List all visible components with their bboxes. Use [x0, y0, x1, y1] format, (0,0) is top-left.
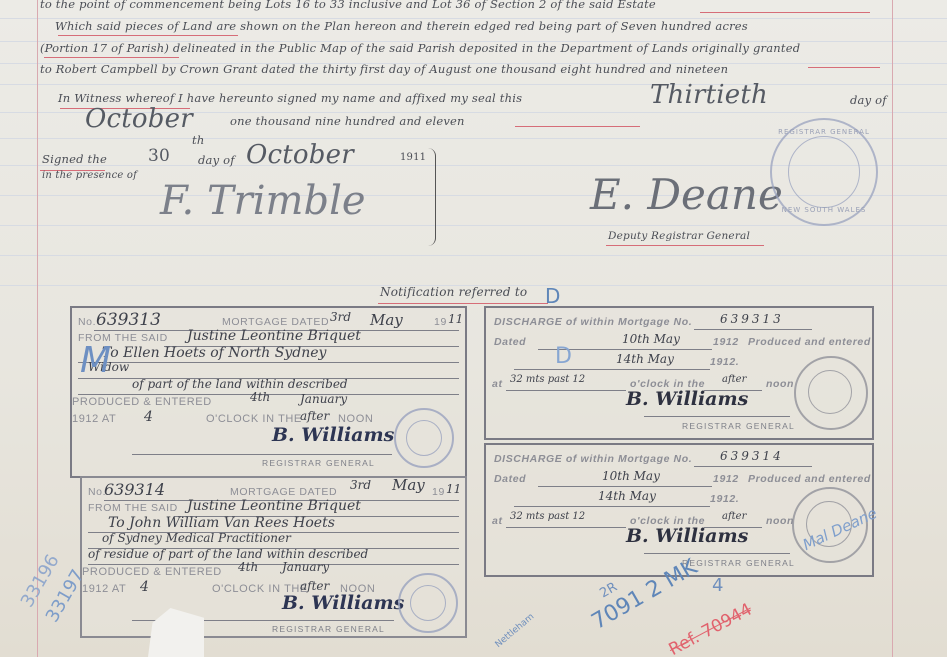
discharge-dated-label: Dated [494, 336, 526, 348]
body-line-2: Which said pieces of Land are shown on t… [55, 19, 748, 33]
entered-hour: 4 [144, 409, 153, 425]
mortgage-from-label: FROM THE SAID [88, 502, 178, 514]
blue-pencil-mark: D [545, 284, 560, 308]
witness-year: one thousand nine hundred and eleven [230, 114, 465, 128]
blue-pencil-note: 4 [712, 575, 723, 596]
mortgage-year: 11 [446, 482, 461, 496]
seal-bottom-text: NEW SOUTH WALES [772, 206, 876, 214]
mortgage-year-prefix: 19 [432, 486, 445, 498]
entered-period: after [300, 409, 329, 423]
discharge-dated: 10th May [622, 332, 680, 346]
discharge-stamp-2: DISCHARGE of within Mortgage No. 639314 … [484, 443, 874, 577]
mortgage-dated-day: 3rd [350, 478, 371, 492]
red-underline [44, 57, 179, 58]
discharge-entered-year: 1912. [710, 493, 739, 505]
small-seal [398, 573, 458, 633]
ruled-line [0, 255, 947, 256]
mortgage-dated-month: May [370, 311, 403, 329]
mortgage-year: 11 [448, 312, 463, 326]
red-underline [606, 245, 764, 246]
signed-day-sup: th [192, 133, 204, 147]
blue-pencil-mark: M [80, 340, 111, 381]
discharge-label: DISCHARGE of within Mortgage No. [494, 453, 692, 465]
discharge-stamp-1: DISCHARGE of within Mortgage No. 639313 … [484, 306, 874, 440]
blue-pencil-mark: D [555, 344, 572, 369]
signed-year: 1911 [400, 152, 426, 163]
discharge-produced-label: Produced and entered [748, 473, 871, 485]
discharge-entered-year: 1912. [710, 356, 739, 368]
produced-day: 4th [250, 390, 270, 404]
produced-label: PRODUCED & ENTERED [82, 566, 222, 578]
small-seal [394, 408, 454, 468]
mortgage-dated-label: MORTGAGE DATED [230, 486, 337, 498]
document-page: to the point of commencement being Lots … [0, 0, 947, 657]
registrar-signature: B. Williams [282, 592, 404, 614]
discharge-number: 639313 [720, 312, 784, 326]
witness-text: In Witness whereof I have hereunto signe… [58, 91, 522, 105]
discharge-number: 639314 [720, 449, 784, 463]
discharge-at-label: at [492, 378, 503, 390]
signed-label: Signed the [42, 152, 107, 166]
discharge-noon-label: noon [766, 515, 794, 527]
registrar-general-seal: REGISTRAR GENERAL NEW SOUTH WALES [770, 118, 878, 226]
discharge-time: 32 mts past 12 [510, 511, 585, 522]
produced-day: 4th [238, 560, 258, 574]
discharge-entered: 14th May [598, 489, 656, 503]
discharge-time: 32 mts past 12 [510, 374, 585, 385]
seal-top-text: REGISTRAR GENERAL [772, 128, 876, 136]
witness-day-of: day of [850, 93, 887, 107]
signed-month: October [246, 140, 354, 170]
mortgage-from-name: Justine Leontine Briquet [187, 328, 361, 344]
registrar-signature: B. Williams [272, 424, 394, 446]
year-at-label: 1912 AT [82, 583, 126, 595]
discharge-entered: 14th May [616, 352, 674, 366]
registrar-title: REGISTRAR GENERAL [682, 558, 795, 568]
mortgage-no-label: No. [78, 316, 96, 328]
body-line-4: to Robert Campbell by Crown Grant dated … [40, 62, 728, 76]
produced-month: January [282, 560, 329, 574]
mortgage-dated-label: MORTGAGE DATED [222, 316, 329, 328]
mortgage-extent: of residue of part of the land within de… [88, 547, 368, 561]
notification-heading: Notification referred to [380, 285, 527, 299]
witness-day: Thirtieth [650, 80, 768, 110]
deputy-title: Deputy Registrar General [608, 230, 750, 242]
mortgage-to: To Ellen Hoets of North Sydney [102, 345, 326, 361]
body-line-3: (Portion 17 of Parish) delineated in the… [40, 41, 800, 55]
discharge-dated: 10th May [602, 469, 660, 483]
discharge-seal [794, 356, 868, 430]
signed-day-of: day of [198, 153, 235, 167]
mortgage-dated-day: 3rd [330, 310, 351, 324]
mortgage-description: of Sydney Medical Practitioner [102, 531, 291, 545]
registrar-signature: B. Williams [626, 525, 748, 547]
red-underline [58, 35, 238, 36]
discharge-period: after [722, 374, 746, 385]
year-at-label: 1912 AT [72, 413, 116, 425]
signed-day: 30 [148, 146, 170, 166]
red-dash [808, 67, 880, 68]
discharge-at-label: at [492, 515, 503, 527]
produced-label: PRODUCED & ENTERED [72, 396, 212, 408]
produced-month: January [300, 392, 347, 406]
deputy-signature: E. Deane [590, 170, 783, 219]
witness-signature: F. Trimble [160, 178, 366, 224]
red-pencil-note: Ref. 70944 [666, 600, 756, 657]
left-margin-rule [37, 0, 38, 657]
ruled-line [0, 84, 947, 85]
red-dash [515, 126, 640, 127]
body-line-1: to the point of commencement being Lots … [40, 0, 656, 11]
registrar-title: REGISTRAR GENERAL [262, 458, 375, 468]
mortgage-extent: of part of the land within described [132, 377, 348, 391]
mortgage-dated-month: May [392, 476, 425, 494]
mortgage-from-name: Justine Leontine Briquet [187, 498, 361, 514]
discharge-dated-label: Dated [494, 473, 526, 485]
discharge-year: 1912 [713, 336, 739, 348]
entered-period: after [300, 579, 329, 593]
discharge-produced-label: Produced and entered [748, 336, 871, 348]
signature-bracket [427, 148, 436, 246]
mortgage-number: 639313 [96, 310, 161, 330]
witness-month: October [85, 104, 193, 134]
mortgage-stamp-2: No. 639314 MORTGAGE DATED 3rd May 19 11 … [80, 476, 467, 638]
registrar-title: REGISTRAR GENERAL [272, 624, 385, 634]
right-margin-rule [892, 0, 893, 657]
registrar-title: REGISTRAR GENERAL [682, 421, 795, 431]
mortgage-year-prefix: 19 [434, 316, 447, 328]
entered-hour: 4 [140, 579, 149, 595]
ruled-line [0, 225, 947, 226]
discharge-label: DISCHARGE of within Mortgage No. [494, 316, 692, 328]
red-underline [378, 303, 548, 304]
red-dash [700, 12, 870, 13]
discharge-noon-label: noon [766, 378, 794, 390]
presence-label: in the presence of [42, 170, 137, 181]
mortgage-stamp-1: No. 639313 MORTGAGE DATED 3rd May 19 11 … [70, 306, 467, 478]
discharge-year: 1912 [713, 473, 739, 485]
discharge-period: after [722, 511, 746, 522]
mortgage-number: 639314 [104, 480, 165, 499]
blue-pencil-note: Nettleham [494, 612, 537, 650]
registrar-signature: B. Williams [626, 388, 748, 410]
mortgage-to: To John William Van Rees Hoets [108, 515, 335, 531]
